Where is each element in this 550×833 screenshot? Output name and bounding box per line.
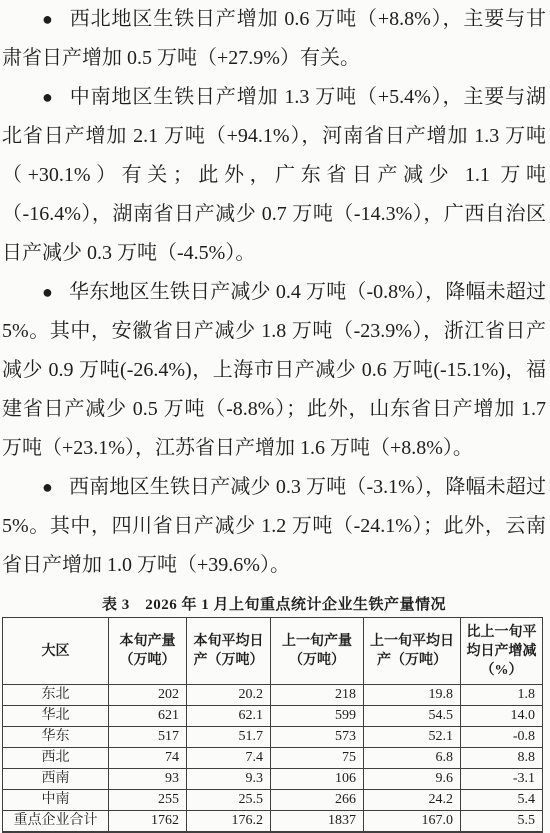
value-cell: 5.4: [461, 790, 543, 811]
region-cell: 西北: [3, 748, 109, 769]
column-header-previous-daily-avg: 上一旬平均日产（万吨）: [364, 618, 461, 685]
bullet-paragraph-east-china: ●华东地区生铁日产减少 0.4 万吨（-0.8%），降幅未超过 5%。其中，安徽…: [2, 273, 546, 468]
value-cell: 62.1: [187, 706, 271, 727]
value-cell: 1837: [271, 811, 364, 833]
value-cell: 54.5: [364, 706, 461, 727]
region-cell: 东北: [3, 685, 109, 706]
table-row-central-south: 中南 255 25.5 266 24.2 5.4: [3, 790, 543, 811]
value-cell: 19.8: [364, 685, 461, 706]
value-cell: 74: [109, 748, 187, 769]
paragraph-text: 中南地区生铁日产增加 1.3 万吨（+5.4%），主要与湖北省日产增加 2.1 …: [2, 86, 546, 264]
value-cell: 218: [271, 685, 364, 706]
value-cell: -3.1: [461, 769, 543, 790]
bullet-paragraph-southwest: ●西南地区生铁日产减少 0.3 万吨（-3.1%），降幅未超过 5%。其中，四川…: [2, 468, 546, 585]
column-header-daily-avg-change: 比上一旬平均日产增减（%）: [461, 618, 543, 685]
value-cell: 93: [109, 769, 187, 790]
table-row-southwest: 西南 93 9.3 106 9.6 -3.1: [3, 769, 543, 790]
value-cell: 176.2: [187, 811, 271, 833]
value-cell: 7.4: [187, 748, 271, 769]
value-cell: 573: [271, 727, 364, 748]
table-row-east-china: 华东 517 51.7 573 52.1 -0.8: [3, 727, 543, 748]
value-cell: 6.8: [364, 748, 461, 769]
paragraph-text: 华东地区生铁日产减少 0.4 万吨（-0.8%），降幅未超过 5%。其中，安徽省…: [2, 281, 546, 459]
bullet-list: ●西北地区生铁日产增加 0.6 万吨（+8.8%），主要与甘肃省日产增加 0.5…: [2, 0, 546, 585]
bullet-icon: ●: [42, 282, 53, 302]
value-cell: 75: [271, 748, 364, 769]
column-header-current-output: 本旬产量（万吨）: [109, 618, 187, 685]
value-cell: 167.0: [364, 811, 461, 833]
value-cell: 14.0: [461, 706, 543, 727]
bullet-paragraph-northwest: ●西北地区生铁日产增加 0.6 万吨（+8.8%），主要与甘肃省日产增加 0.5…: [2, 0, 546, 78]
paragraph-text: 西南地区生铁日产减少 0.3 万吨（-3.1%），降幅未超过 5%。其中，四川省…: [2, 476, 546, 576]
value-cell: 51.7: [187, 727, 271, 748]
table-title: 表 3 2026 年 1 月上旬重点统计企业生铁产量情况: [2, 593, 546, 614]
region-cell: 华东: [3, 727, 109, 748]
value-cell: 106: [271, 769, 364, 790]
value-cell: 8.8: [461, 748, 543, 769]
pig-iron-production-table: 大区 本旬产量（万吨） 本旬平均日产（万吨） 上一旬产量（万吨） 上一旬平均日产…: [2, 617, 543, 833]
value-cell: 517: [109, 727, 187, 748]
column-header-previous-output: 上一旬产量（万吨）: [271, 618, 364, 685]
table-row-northwest: 西北 74 7.4 75 6.8 8.8: [3, 748, 543, 769]
bullet-icon: ●: [42, 87, 54, 107]
value-cell: 255: [109, 790, 187, 811]
value-cell: 9.3: [187, 769, 271, 790]
bullet-icon: ●: [42, 477, 53, 497]
table-header-row: 大区 本旬产量（万吨） 本旬平均日产（万吨） 上一旬产量（万吨） 上一旬平均日产…: [3, 618, 543, 685]
value-cell: 25.5: [187, 790, 271, 811]
value-cell: 52.1: [364, 727, 461, 748]
document-page: ●西北地区生铁日产增加 0.6 万吨（+8.8%），主要与甘肃省日产增加 0.5…: [0, 0, 550, 833]
region-cell: 华北: [3, 706, 109, 727]
value-cell: 5.5: [461, 811, 543, 833]
paragraph-text: 西北地区生铁日产增加 0.6 万吨（+8.8%），主要与甘肃省日产增加 0.5 …: [2, 8, 546, 69]
value-cell: 24.2: [364, 790, 461, 811]
value-cell: 1.8: [461, 685, 543, 706]
column-header-region: 大区: [3, 618, 109, 685]
value-cell: 20.2: [187, 685, 271, 706]
table-row-northeast: 东北 202 20.2 218 19.8 1.8: [3, 685, 543, 706]
value-cell: 1762: [109, 811, 187, 833]
column-header-current-daily-avg: 本旬平均日产（万吨）: [187, 618, 271, 685]
region-cell: 西南: [3, 769, 109, 790]
region-cell: 重点企业合计: [3, 811, 109, 833]
table-row-key-enterprises-total: 重点企业合计 1762 176.2 1837 167.0 5.5: [3, 811, 543, 833]
value-cell: 9.6: [364, 769, 461, 790]
value-cell: 202: [109, 685, 187, 706]
value-cell: 599: [271, 706, 364, 727]
region-cell: 中南: [3, 790, 109, 811]
bullet-paragraph-central-south: ●中南地区生铁日产增加 1.3 万吨（+5.4%），主要与湖北省日产增加 2.1…: [2, 78, 546, 273]
bullet-icon: ●: [42, 9, 54, 29]
table-row-north-china: 华北 621 62.1 599 54.5 14.0: [3, 706, 543, 727]
value-cell: 266: [271, 790, 364, 811]
value-cell: -0.8: [461, 727, 543, 748]
value-cell: 621: [109, 706, 187, 727]
